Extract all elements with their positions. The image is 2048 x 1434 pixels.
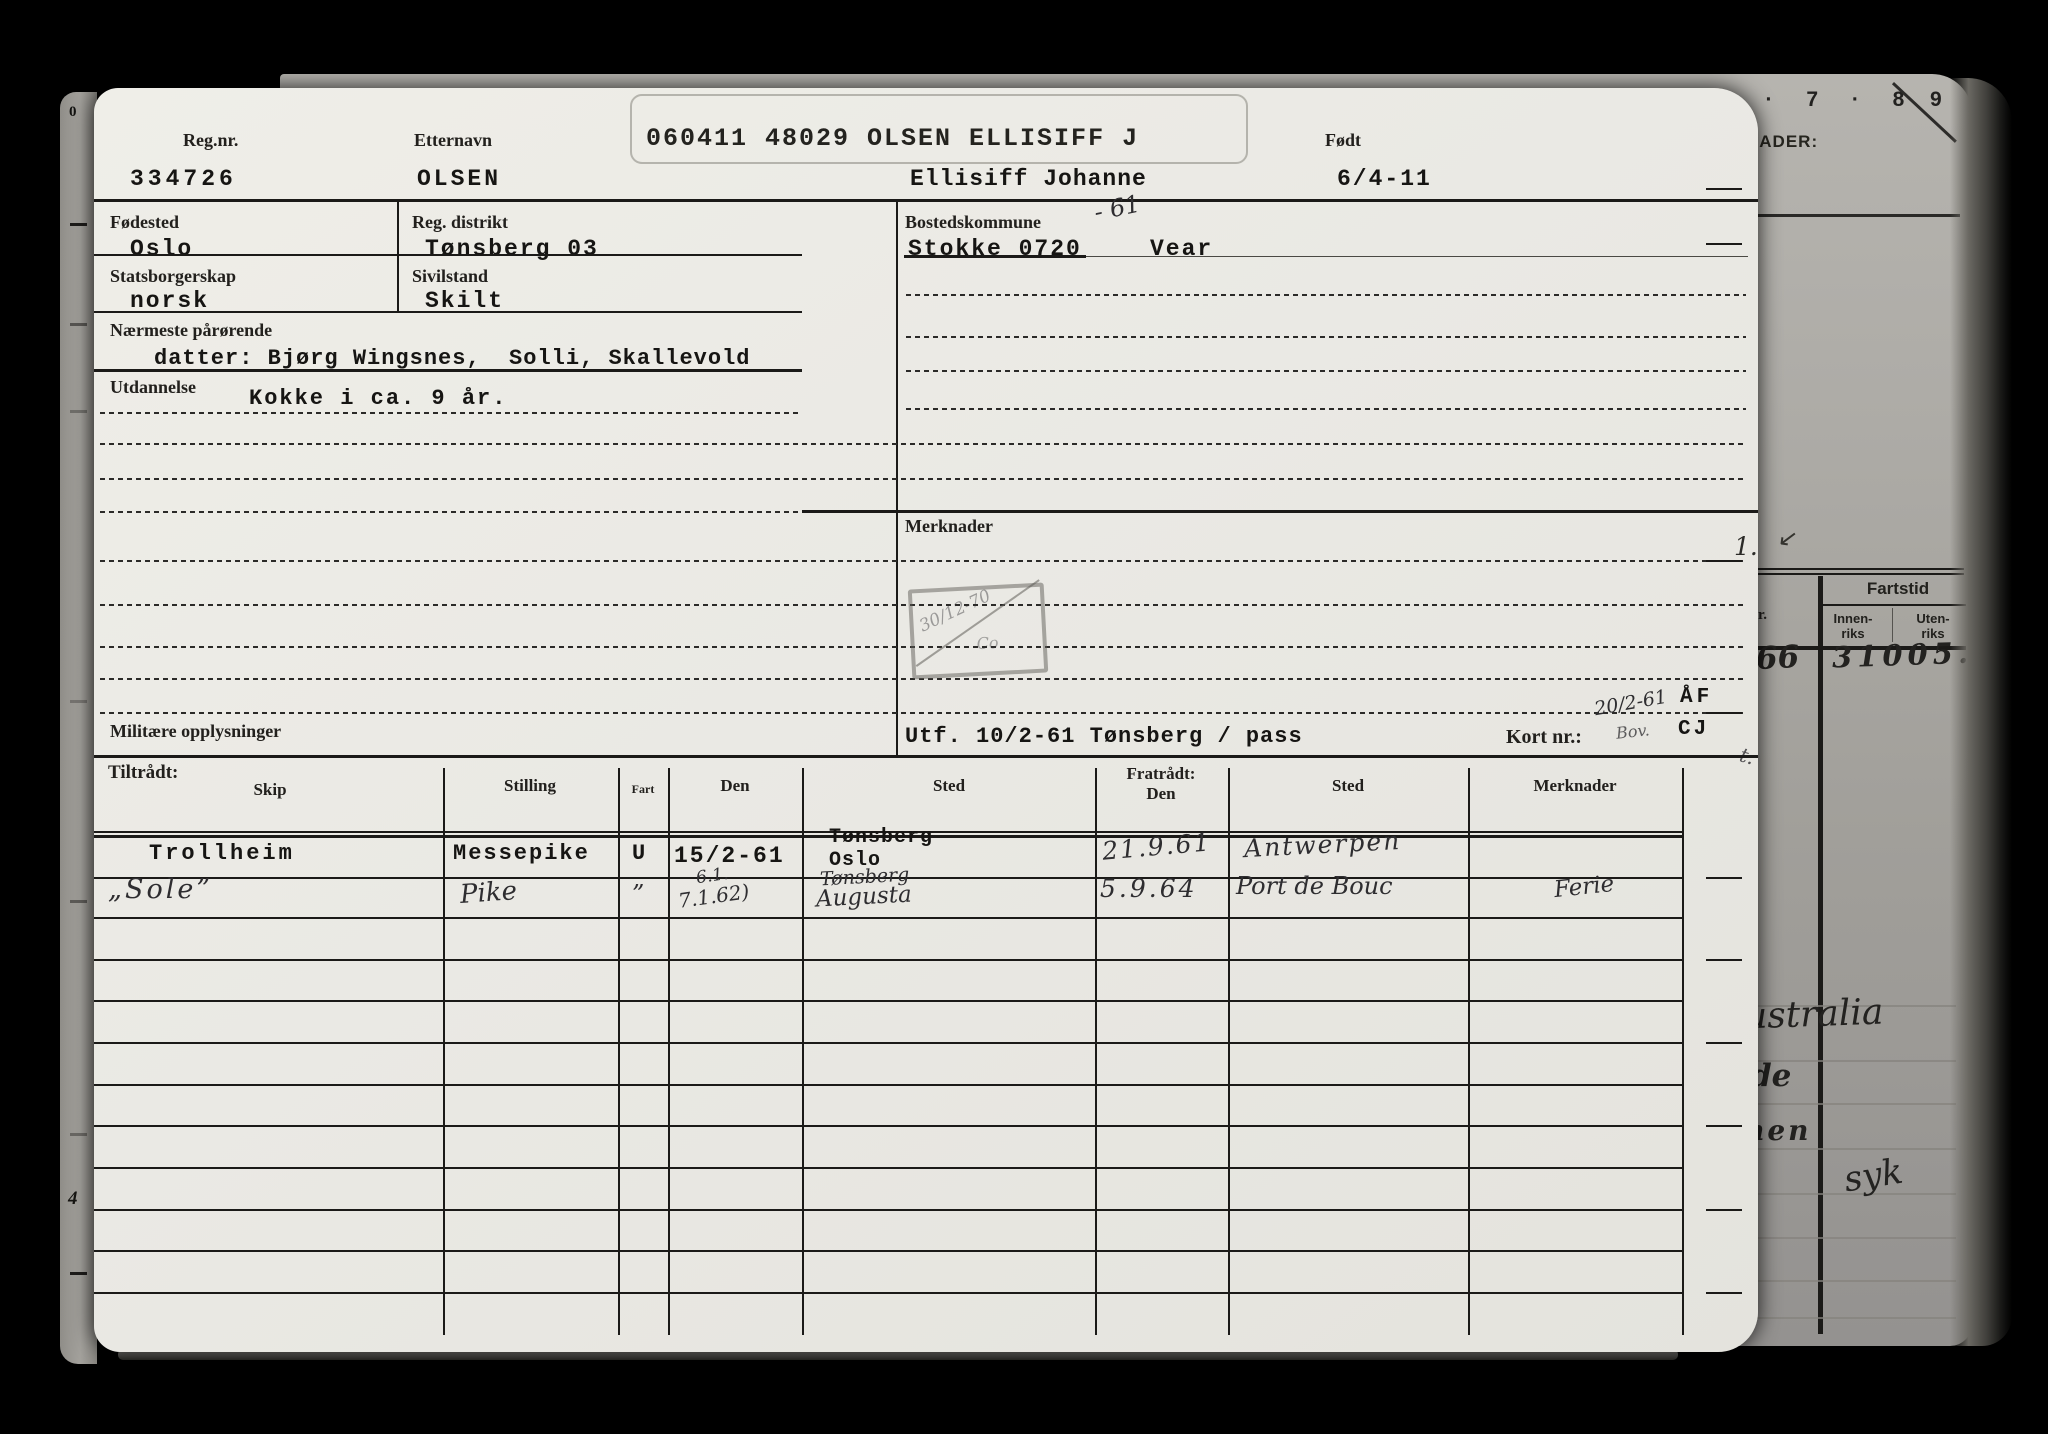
divider-left-right-columns: [896, 199, 898, 755]
utdannelse-value: Kokke i ca. 9 år.: [249, 386, 507, 411]
fartstid-col-divider: [1892, 608, 1893, 642]
dotted-line: [906, 370, 1746, 372]
handwritten-66: 66: [1755, 639, 1800, 677]
kort-nr-fragment: r.: [1758, 607, 1767, 624]
back-ruled-line: [1756, 1317, 1956, 1319]
stamp-date-handwritten: 30/12-70: [916, 586, 994, 636]
col-header-fart: Fart: [620, 782, 666, 797]
table-row-line: [94, 1167, 1682, 1169]
dotted-line: [100, 560, 1746, 562]
col-header-den: Den: [685, 776, 785, 796]
kort-handwritten-date: 20/2-61: [1593, 686, 1669, 720]
bosted-value: Stokke 0720: [908, 236, 1082, 262]
militaere-label: Militære opplysninger: [110, 721, 281, 742]
etternavn-label: Etternavn: [414, 130, 492, 151]
table-row-line: [94, 1042, 1682, 1044]
regnr-label: Reg.nr.: [183, 130, 238, 151]
dotted-line: [100, 443, 1746, 445]
back-ruled-line: [1756, 1148, 1956, 1150]
handwritten-australia: ustralia: [1743, 992, 1884, 1038]
den-cell: 15/2-61: [674, 843, 785, 869]
table-row-line: [94, 1209, 1682, 1211]
edge-tick: [70, 323, 87, 326]
header-rule: [94, 199, 1758, 202]
ruler-number-right: 9: [1930, 88, 1942, 112]
table-row-line: [94, 959, 1682, 961]
bosted-handwritten-note: - 61: [1092, 189, 1143, 226]
kort-nr-label: Kort nr.:: [1506, 726, 1582, 749]
margin-dash: [1706, 1125, 1742, 1127]
bosted-place-value: Vear: [1150, 236, 1213, 262]
dotted-line: [100, 712, 1746, 714]
table-vline: [1682, 768, 1684, 1335]
back-ruled-line: [1756, 1237, 1956, 1239]
stilling-cell: Messepike: [453, 841, 590, 866]
col-header-fratradt-sted: Sted: [1288, 776, 1408, 796]
margin-dash: [1706, 877, 1742, 879]
ruler-slash: [1892, 82, 1957, 143]
etternavn-value: OLSEN: [417, 166, 501, 192]
edge-tick: [70, 900, 87, 903]
kort-handwritten-word: Bov.: [1615, 720, 1650, 742]
bosted-underline: [904, 255, 1086, 258]
col-header-sted: Sted: [869, 776, 1029, 796]
edge-tick: [70, 410, 87, 413]
margin-dash: [1706, 959, 1742, 961]
edge-tick: [70, 223, 87, 226]
dotted-line: [100, 511, 802, 513]
merknader-label: Merknader: [905, 516, 993, 537]
back-thick-vline: [1818, 576, 1823, 1334]
table-row-line: [94, 1292, 1682, 1294]
fodt-label: Født: [1325, 130, 1361, 151]
margin-dash: [1706, 712, 1742, 714]
parorende-value: datter: Bjørg Wingsnes, Solli, Skallevol…: [154, 346, 751, 371]
regdistrikt-value: Tønsberg 03: [425, 236, 599, 262]
pen-arrow-mark: ↙: [1776, 523, 1800, 555]
stilling-cell: Pike: [459, 876, 518, 910]
af-mark: ÅF: [1680, 686, 1713, 709]
margin-dash: [1706, 1292, 1742, 1294]
col-header-merknader: Merknader: [1485, 776, 1665, 796]
row-line-thick: [94, 369, 802, 372]
utf-value: Utf. 10/2-61 Tønsberg / pass: [905, 724, 1303, 749]
dotted-line: [100, 478, 1746, 480]
sivilstand-label: Sivilstand: [412, 266, 488, 287]
edge-tick: [70, 700, 87, 703]
edge-number-4: 4: [68, 1188, 78, 1210]
margin-dash: [1706, 188, 1742, 190]
table-row-line: [94, 1000, 1682, 1002]
fart-cell: U: [632, 841, 647, 866]
margin-dash: [1706, 1209, 1742, 1211]
merknader-top-rule: [802, 510, 1758, 513]
edge-number-0: 0: [69, 104, 77, 121]
den-cell: 7.1.62): [677, 879, 751, 913]
dotted-line: [100, 412, 802, 414]
stamp-initials: Co: [976, 633, 999, 653]
table-row-line: [94, 1084, 1682, 1086]
table-row-line: [94, 1125, 1682, 1127]
statsborgerskap-label: Statsborgerskap: [110, 266, 236, 287]
handwritten-note-fragment: 1.: [1734, 532, 1758, 561]
left-page-edge: 0 4: [60, 92, 97, 1364]
bosted-underline-thin: [1086, 256, 1748, 257]
margin-dash: [1706, 1042, 1742, 1044]
col-header-fratradt-den: Fratrådt: Den: [1097, 764, 1225, 804]
fartstid-underline: [1820, 604, 1966, 606]
scanned-register-card-page: 6 · 7 · 8 9 NADER: Fartstid Innen-riks U…: [0, 0, 2048, 1434]
sted-cell-top: Tønsberg: [829, 826, 933, 849]
section-rule-thick: [94, 755, 1758, 758]
dotted-line: [906, 336, 1746, 338]
torn-page-edge: [1950, 78, 2012, 1346]
back-double-line-1: [1750, 568, 1964, 570]
fodested-label: Fødested: [110, 212, 179, 233]
fodested-value: Oslo: [130, 236, 193, 262]
col-header-skip: Skip: [190, 780, 350, 800]
innenriks-header: Innen-riks: [1814, 611, 1892, 641]
id-stamp-box: 060411 48029 OLSEN ELLISIFF J: [630, 94, 1248, 164]
row-line: [94, 311, 802, 313]
skip-cell: Trollheim: [149, 841, 295, 866]
back-ruled-line: [1756, 1280, 1956, 1282]
edge-tick: [70, 1272, 87, 1275]
back-double-line-2: [1750, 573, 1964, 575]
back-rule-top: [1748, 214, 1960, 217]
firstname-value: Ellisiff Johanne: [910, 166, 1147, 192]
regdistrikt-label: Reg. distrikt: [412, 212, 508, 233]
dotted-line: [906, 408, 1746, 410]
skip-cell: „Sole”: [108, 874, 213, 905]
row-line: [94, 254, 802, 256]
table-row-line: [94, 917, 1682, 919]
margin-dash: [1706, 243, 1742, 245]
edge-tick: [70, 1133, 87, 1136]
sted-cell-bottom: Augusta: [815, 882, 912, 913]
table-row-line: [94, 1250, 1682, 1252]
back-ruled-line: [1756, 1103, 1956, 1105]
fratradt-den-cell: 5.9.64: [1100, 874, 1198, 903]
bosted-label: Bostedskommune: [905, 212, 1041, 233]
cancellation-stamp-box: 30/12-70 Co: [908, 583, 1049, 680]
tiltradt-label: Tiltrådt:: [108, 762, 178, 784]
col-header-stilling: Stilling: [450, 776, 610, 796]
parorende-label: Nærmeste pårørende: [110, 320, 272, 341]
fart-ditto-cell: ”: [632, 880, 644, 908]
dotted-line: [906, 294, 1746, 296]
regnr-value: 334726: [130, 166, 237, 192]
cj-mark: CJ: [1678, 718, 1709, 741]
utdannelse-label: Utdannelse: [110, 377, 196, 398]
fratradt-sted-cell: Port de Bouc: [1236, 872, 1393, 900]
fratradt-den-cell: 21.9.61: [1101, 827, 1213, 865]
fodt-value: 6/4-11: [1337, 166, 1432, 192]
merknader-cell: Ferie: [1553, 871, 1616, 903]
id-stamp-text: 060411 48029 OLSEN ELLISIFF J: [646, 124, 1139, 153]
register-card: Reg.nr. Etternavn Født 060411 48029 OLSE…: [94, 88, 1758, 1352]
